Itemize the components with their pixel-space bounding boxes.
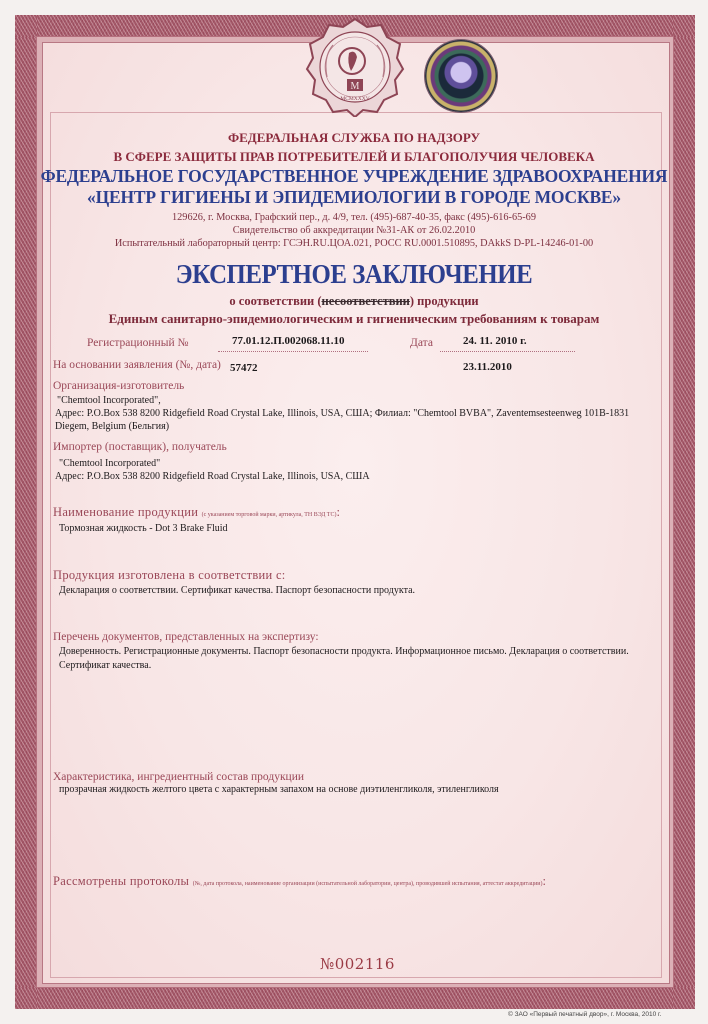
institution-line-2: «ЦЕНТР ГИГИЕНЫ И ЭПИДЕМИОЛОГИИ В ГОРОДЕ … — [0, 187, 708, 208]
date-label: Дата — [410, 337, 433, 349]
product-name-note: (с указанием торговой марки, артикула, Т… — [202, 512, 337, 518]
manufacturer-label: Организация-изготовитель — [53, 380, 184, 392]
product-name-label-text: Наименование продукции — [53, 505, 198, 519]
produced-per-label: Продукция изготовлена в соответствии с: — [53, 568, 286, 583]
registration-underline — [218, 351, 368, 352]
svg-text:M: M — [351, 81, 360, 92]
institution-line-1: ФЕДЕРАЛЬНОЕ ГОСУДАРСТВЕННОЕ УЧРЕЖДЕНИЕ З… — [0, 166, 708, 187]
documents-value: Доверенность. Регистрационные документы.… — [59, 645, 629, 673]
agency-line-2: В СФЕРЕ ЗАЩИТЫ ПРАВ ПОТРЕБИТЕЛЕЙ И БЛАГО… — [0, 149, 708, 165]
document-subtitle: о соответствии (несоответствии) продукци… — [0, 294, 708, 309]
subtitle-prefix: о соответствии ( — [229, 294, 321, 308]
protocols-colon: : — [543, 874, 547, 888]
protocols-note: (№, дата протокола, наименование организ… — [193, 881, 543, 887]
product-name-label: Наименование продукции (с указанием торг… — [53, 505, 340, 520]
application-date: 23.11.2010 — [463, 361, 512, 373]
application-label: На основании заявления (№, дата) — [53, 359, 221, 371]
produced-per-value: Декларация о соответствии. Сертификат ка… — [59, 585, 415, 596]
importer-label: Импортер (поставщик), получатель — [53, 441, 227, 453]
protocols-label-text: Рассмотрены протоколы — [53, 874, 189, 888]
hologram-seal-icon — [425, 40, 497, 112]
application-number: 57472 — [230, 362, 258, 374]
subtitle-struck-word: несоответствии — [322, 294, 410, 308]
printer-credit: © ЗАО «Первый печатный двор», г. Москва,… — [508, 1011, 661, 1018]
agency-line-1: ФЕДЕРАЛЬНАЯ СЛУЖБА ПО НАДЗОРУ — [0, 130, 708, 146]
document-subtitle-line-2: Единым санитарно-эпидемиологическим и ги… — [0, 311, 708, 327]
lab-center-codes: Испытательный лабораторный центр: ГСЭН.R… — [0, 238, 708, 249]
date-underline — [440, 351, 575, 352]
manufacturer-address: Адрес: P.O.Box 538 8200 Ridgefield Road … — [55, 407, 655, 433]
institution-address: 129626, г. Москва, Графский пер., д. 4/9… — [0, 212, 708, 223]
importer-name: "Chemtool Incorporated" — [59, 458, 160, 469]
importer-address: Адрес: P.O.Box 538 8200 Ridgefield Road … — [55, 471, 370, 482]
composition-value: прозрачная жидкость желтого цвета с хара… — [59, 784, 499, 795]
svg-text:MCMXXXV: MCMXXXV — [340, 96, 369, 102]
hygiene-center-emblem-icon: M MCMXXXV — [305, 17, 405, 117]
serial-number: №002116 — [320, 955, 395, 973]
composition-label: Характеристика, ингредиентный состав про… — [53, 771, 304, 783]
registration-label: Регистрационный № — [87, 337, 188, 349]
registration-number: 77.01.12.П.002068.11.10 — [232, 335, 344, 347]
subtitle-suffix: ) продукции — [410, 294, 479, 308]
document-title: ЭКСПЕРТНОЕ ЗАКЛЮЧЕНИЕ — [28, 259, 679, 290]
date-value: 24. 11. 2010 г. — [463, 335, 527, 347]
product-name-colon: : — [336, 505, 340, 519]
product-name-value: Тормозная жидкость - Dot 3 Brake Fluid — [59, 523, 228, 534]
documents-label: Перечень документов, представленных на э… — [53, 631, 319, 643]
protocols-label: Рассмотрены протоколы (№, дата протокола… — [53, 874, 546, 889]
manufacturer-name: "Chemtool Incorporated", — [57, 395, 161, 406]
accreditation-certificate: Свидетельство об аккредитации №31-АК от … — [0, 225, 708, 236]
